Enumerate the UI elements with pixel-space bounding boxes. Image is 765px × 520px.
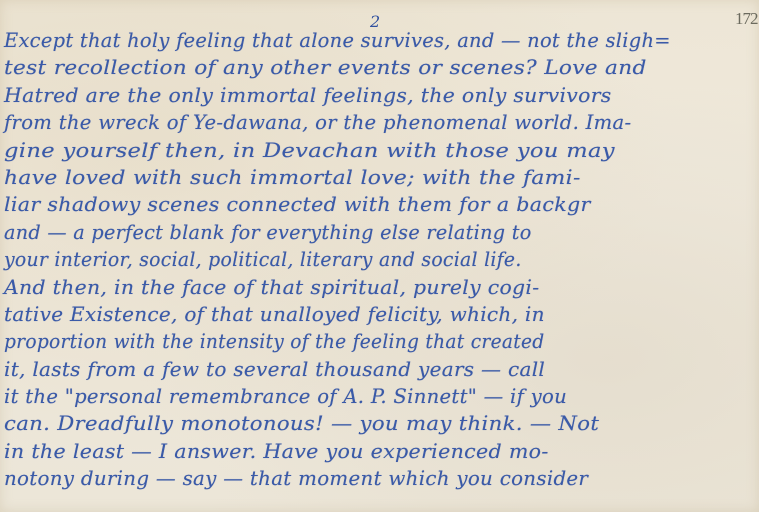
text-line: liar shadowy scenes connected with them …	[4, 191, 765, 218]
text-line: proportion with the intensity of the fee…	[4, 328, 706, 355]
text-line: tative Existence, of that unalloyed feli…	[4, 301, 759, 328]
text-line: in the least — I answer. Have you experi…	[4, 438, 765, 465]
text-line: gine yourself then, in Devachan with tho…	[4, 137, 765, 164]
text-line: test recollection of any other events or…	[4, 54, 765, 81]
text-line: Except that holy feeling that alone surv…	[4, 27, 736, 54]
text-line: your interior, social, political, litera…	[4, 246, 714, 273]
text-line: and — a perfect blank for everything els…	[4, 219, 729, 246]
text-line: have loved with such immortal love; with…	[4, 164, 765, 191]
text-line: it, lasts from a few to several thousand…	[4, 356, 759, 383]
folio-number: 172	[735, 9, 758, 29]
text-line: Hatred are the only immortal feelings, t…	[4, 82, 765, 109]
text-line: And then, in the face of that spiritual,…	[4, 274, 765, 301]
text-line: notony during — say — that moment which …	[4, 465, 751, 492]
text-line: from the wreck of Ye-dawana, or the phen…	[4, 109, 744, 136]
handwritten-text-body: Except that holy feeling that alone surv…	[4, 27, 759, 493]
letter-page: 2 172 Except that holy feeling that alon…	[0, 0, 759, 512]
text-line: it the "personal remembrance of A. P. Si…	[4, 383, 744, 410]
text-line: can. Dreadfully monotonous! — you may th…	[4, 410, 765, 437]
